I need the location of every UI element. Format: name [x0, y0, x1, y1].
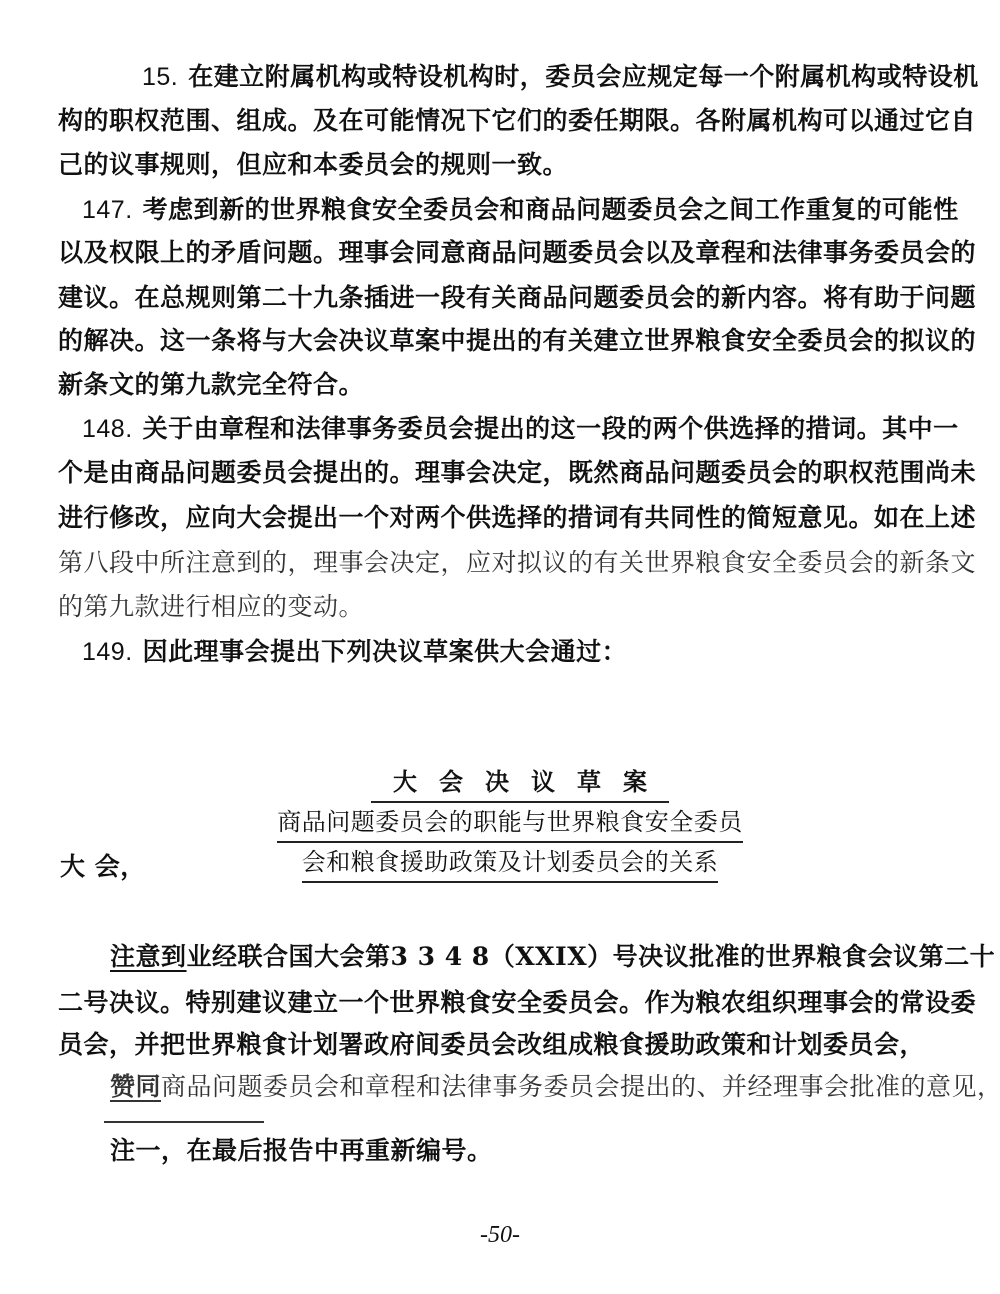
paragraph-148-line-5: 的第九款进行相应的变动。: [58, 592, 364, 622]
document-page: 15.在建立附属机构或特设机构时，委员会应规定每一个附属机构或特设机 构的职权范…: [0, 0, 1000, 1294]
clause-2-line-1: 赞同商品问题委员会和章程和法律事务委员会提出的、并经理事会批准的意见，: [110, 1072, 1000, 1102]
paragraph-147-line-1: 147.考虑到新的世界粮食安全委员会和商品问题委员会之间工作重复的可能性: [82, 195, 959, 225]
clause-1-line-3: 员会，并把世界粮食计划署政府间委员会改组成粮食援助政策和计划委员会，: [58, 1030, 925, 1060]
paragraph-149-line-1: 149.因此理事会提出下列决议草案供大会通过：: [82, 637, 627, 667]
paragraph-15-line-2: 构的职权范围、组成。及在可能情况下它们的委任期限。各附属机构可以通过它自: [58, 106, 976, 136]
paragraph-147-line-5: 新条文的第九款完全符合。: [58, 370, 364, 400]
paragraph-number: 15.: [142, 63, 178, 91]
paragraph-148-line-4: 第八段中所注意到的，理事会决定，应对拟议的有关世界粮食安全委员会的新条文: [58, 548, 976, 578]
resolution-addressee: 大 会，: [60, 852, 146, 882]
footnote-divider: [104, 1121, 264, 1123]
paragraph-147-line-4: 的解决。这一条将与大会决议草案中提出的有关建立世界粮食安全委员会的拟议的: [58, 326, 976, 356]
footnote: 注一，在最后报告中再重新编号。: [110, 1136, 493, 1166]
paragraph-148-line-3: 进行修改，应向大会提出一个对两个供选择的措词有共同性的简短意见。如在上述: [58, 503, 976, 533]
clause-lead-phrase: 赞同: [110, 1072, 161, 1101]
resolution-title: 大会决议草案: [371, 762, 669, 803]
paragraph-number: 148.: [82, 415, 133, 443]
paragraph-number: 147.: [82, 196, 133, 224]
clause-1-line-1: 注意到业经联合国大会第3 3 4 8（XXIX）号决议批准的世界粮食会议第二十: [110, 942, 995, 972]
paragraph-15-line-1: 15.在建立附属机构或特设机构时，委员会应规定每一个附属机构或特设机: [142, 62, 979, 92]
resolution-title-block: 大会决议草案: [20, 762, 1000, 803]
clause-1-line-2: 二号决议。特别建议建立一个世界粮食安全委员会。作为粮农组织理事会的常设委: [58, 988, 976, 1018]
resolution-subtitle-line-2-block: 会和粮食援助政策及计划委员会的关系: [10, 842, 1000, 883]
paragraph-15-line-3: 己的议事规则，但应和本委员会的规则一致。: [58, 150, 568, 180]
resolution-subtitle-line-2: 会和粮食援助政策及计划委员会的关系: [302, 842, 719, 883]
paragraph-147-line-2: 以及权限上的矛盾问题。理事会同意商品问题委员会以及章程和法律事务委员会的: [58, 238, 976, 268]
resolution-subtitle-line-1-block: 商品问题委员会的职能与世界粮食安全委员: [10, 802, 1000, 843]
paragraph-147-line-3: 建议。在总规则第二十九条插进一段有关商品问题委员会的新内容。将有助于问题: [58, 283, 976, 313]
resolution-subtitle-line-1: 商品问题委员会的职能与世界粮食安全委员: [277, 802, 743, 843]
paragraph-148-line-1: 148.关于由章程和法律事务委员会提出的这一段的两个供选择的措词。其中一: [82, 414, 959, 444]
clause-lead-phrase: 注意到: [110, 942, 187, 971]
page-number: -50-: [0, 1222, 1000, 1249]
paragraph-number: 149.: [82, 638, 133, 666]
paragraph-148-line-2: 个是由商品问题委员会提出的。理事会决定，既然商品问题委员会的职权范围尚未: [58, 458, 976, 488]
